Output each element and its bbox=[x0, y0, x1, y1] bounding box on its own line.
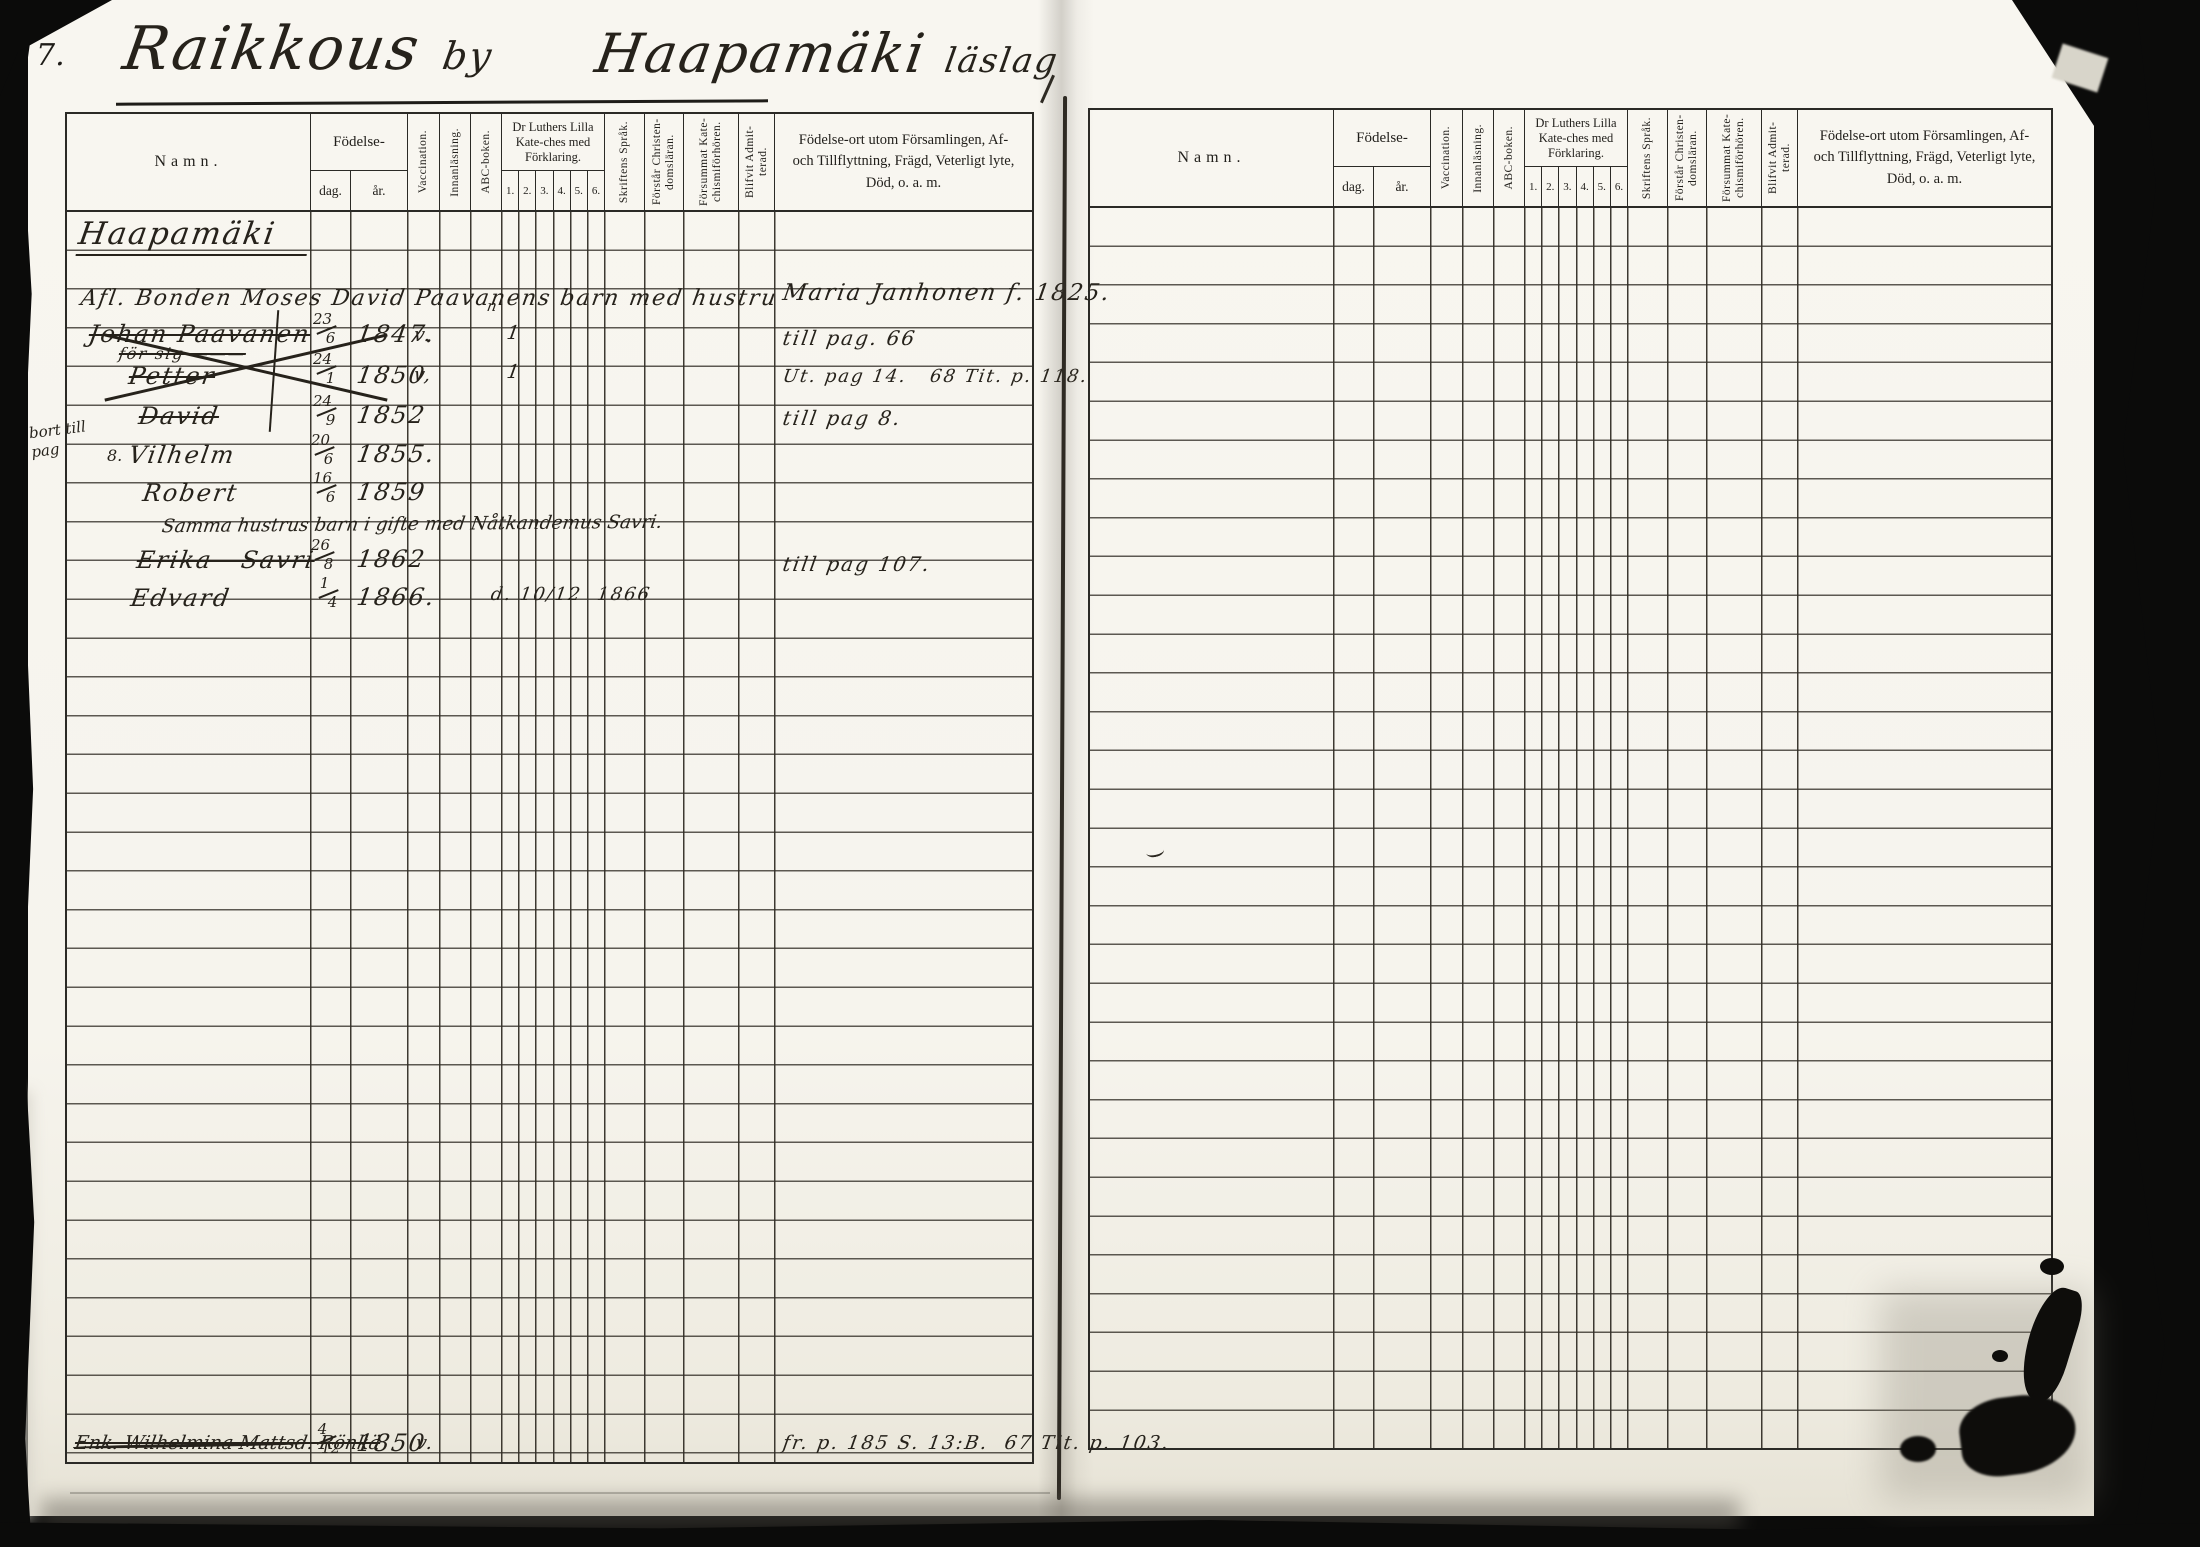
col-catechism-group-label: Dr Luthers Lilla Kate-ches med Förklarin… bbox=[1525, 110, 1627, 167]
col-vaccination-header: Vaccination. bbox=[1430, 110, 1462, 206]
col-reading-label: Innanläsning. bbox=[1472, 124, 1485, 193]
title-underline bbox=[116, 99, 768, 105]
scanned-parish-register: { "scan": { "page_number": "7.", "left_t… bbox=[0, 0, 2200, 1547]
left-table-body bbox=[67, 212, 1032, 1462]
col-scripture-language-header: Skriftens Språk. bbox=[604, 114, 644, 210]
scan-edge-bottom bbox=[0, 1517, 2200, 1547]
scan-edge-right bbox=[2090, 0, 2200, 1547]
reading-circle-title: Haapamäki läslag bbox=[596, 22, 1058, 85]
col-abc-book-header: ABC-boken. bbox=[470, 114, 501, 210]
col-abc-book-label: ABC-boken. bbox=[480, 130, 493, 193]
col-catechism-subrow: 1. 2. 3. 4. 5. 6. bbox=[502, 171, 604, 210]
col-abc-book-header: ABC-boken. bbox=[1493, 110, 1524, 206]
col-abc-book-label: ABC-boken. bbox=[1503, 126, 1516, 189]
col-catechism-2: 2. bbox=[518, 171, 535, 210]
col-catechism-header: Dr Luthers Lilla Kate-ches med Förklarin… bbox=[1524, 110, 1627, 206]
col-scripture-language-header: Skriftens Språk. bbox=[1627, 110, 1667, 206]
reading-circle-title-main: Haapamäki bbox=[591, 22, 931, 85]
col-missed-catechism-header: Försummat Kate-chismiförhören. bbox=[1706, 110, 1761, 206]
col-scripture-language-label: Skriftens Språk. bbox=[1641, 117, 1654, 199]
col-catechism-4: 4. bbox=[553, 171, 570, 210]
col-missed-catechism-label: Försummat Kate-chismiförhören. bbox=[698, 116, 724, 208]
col-catechism-1: 1. bbox=[502, 171, 518, 210]
right-table-header: Namn. Födelse- dag. år. Vaccination. Inn… bbox=[1090, 110, 2051, 208]
col-reading-header: Innanläsning. bbox=[1462, 110, 1493, 206]
col-catechism-header: Dr Luthers Lilla Kate-ches med Förklarin… bbox=[501, 114, 604, 210]
col-catechism-6: 6. bbox=[1610, 167, 1627, 206]
col-catechism-subrow: 1. 2. 3. 4. 5. 6. bbox=[1525, 167, 1627, 206]
page-number: 7. bbox=[36, 38, 65, 73]
col-understands-doctrine-label: Förstår Christen-domsläran. bbox=[651, 116, 677, 208]
col-missed-catechism-header: Försummat Kate-chismiförhören. bbox=[683, 114, 738, 210]
village-title: Raikkous by bbox=[124, 14, 493, 84]
col-reading-header: Innanläsning. bbox=[439, 114, 470, 210]
col-birth-year-label: år. bbox=[1374, 167, 1430, 206]
village-title-suffix: by bbox=[439, 34, 496, 78]
col-catechism-2: 2. bbox=[1541, 167, 1558, 206]
col-catechism-3: 3. bbox=[535, 171, 552, 210]
col-admitted-label: Blifvit Admit-terad. bbox=[1767, 112, 1793, 204]
ink-blot bbox=[2040, 1258, 2064, 1275]
village-title-main: Raikkous bbox=[118, 14, 425, 84]
col-catechism-5: 5. bbox=[1593, 167, 1610, 206]
col-admitted-label: Blifvit Admit-terad. bbox=[744, 116, 770, 208]
col-catechism-group-label: Dr Luthers Lilla Kate-ches med Förklarin… bbox=[502, 114, 604, 171]
col-birth-header: Födelse- dag. år. bbox=[1333, 110, 1430, 206]
col-birth-day-label: dag. bbox=[311, 171, 351, 210]
col-catechism-6: 6. bbox=[587, 171, 604, 210]
ink-blot bbox=[1992, 1350, 2008, 1362]
col-birth-subrow: dag. år. bbox=[1334, 167, 1430, 206]
col-catechism-3: 3. bbox=[1558, 167, 1575, 206]
col-vaccination-label: Vaccination. bbox=[417, 130, 430, 193]
col-birth-year-label: år. bbox=[351, 171, 407, 210]
col-namn-header: Namn. bbox=[1090, 110, 1333, 206]
col-reading-label: Innanläsning. bbox=[449, 128, 462, 197]
col-catechism-4: 4. bbox=[1576, 167, 1593, 206]
col-namn-header: Namn. bbox=[67, 114, 310, 210]
col-missed-catechism-label: Försummat Kate-chismiförhören. bbox=[1721, 112, 1747, 204]
col-catechism-1: 1. bbox=[1525, 167, 1541, 206]
scan-artifact-line bbox=[70, 1492, 1050, 1494]
left-table-header: Namn. Födelse- dag. år. Vaccination. Inn… bbox=[67, 114, 1032, 212]
col-vaccination-header: Vaccination. bbox=[407, 114, 439, 210]
col-understands-doctrine-header: Förstår Christen-domsläran. bbox=[1667, 110, 1706, 206]
col-admitted-header: Blifvit Admit-terad. bbox=[738, 114, 774, 210]
col-birth-group-label: Födelse- bbox=[1334, 110, 1430, 167]
col-catechism-5: 5. bbox=[570, 171, 587, 210]
col-scripture-language-label: Skriftens Språk. bbox=[618, 121, 631, 203]
col-admitted-header: Blifvit Admit-terad. bbox=[1761, 110, 1797, 206]
col-birth-group-label: Födelse- bbox=[311, 114, 407, 171]
right-page-table: Namn. Födelse- dag. år. Vaccination. Inn… bbox=[1088, 108, 2053, 1450]
left-page-table: Namn. Födelse- dag. år. Vaccination. Inn… bbox=[65, 112, 1034, 1464]
col-birth-day-label: dag. bbox=[1334, 167, 1374, 206]
col-understands-doctrine-label: Förstår Christen-domsläran. bbox=[1674, 112, 1700, 204]
col-vaccination-label: Vaccination. bbox=[1440, 126, 1453, 189]
col-birth-subrow: dag. år. bbox=[311, 171, 407, 210]
col-notes-header: Födelse-ort utom Församlingen, Af- och T… bbox=[1797, 110, 2051, 206]
col-understands-doctrine-header: Förstår Christen-domsläran. bbox=[644, 114, 683, 210]
col-birth-header: Födelse- dag. år. bbox=[310, 114, 407, 210]
ink-blot bbox=[1900, 1436, 1936, 1462]
col-notes-header: Födelse-ort utom Församlingen, Af- och T… bbox=[774, 114, 1032, 210]
right-table-body bbox=[1090, 208, 2051, 1448]
